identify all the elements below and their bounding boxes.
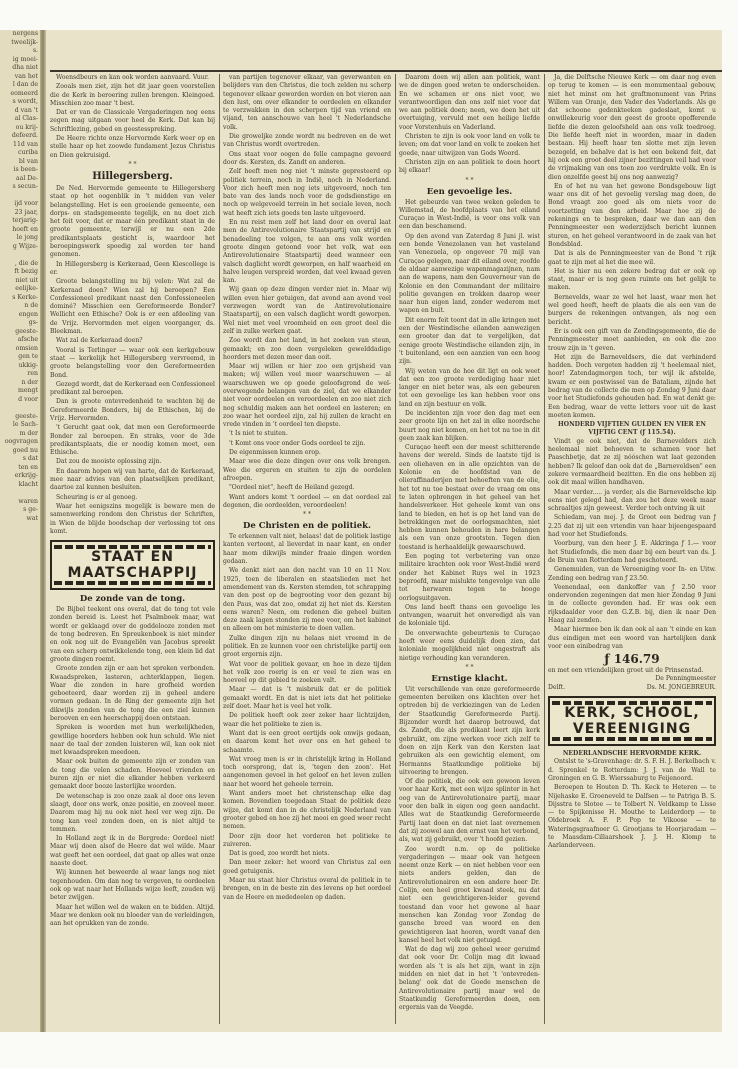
paragraph: Wat voor de politiek gevaar, en hoe in d… bbox=[223, 661, 391, 686]
left-strip-line: goed nu bbox=[0, 447, 40, 456]
paragraph: De politiek heeft ook zeer zeker haar li… bbox=[223, 712, 391, 729]
section-separator: * * bbox=[399, 664, 540, 671]
left-strip-line: ten en bbox=[0, 464, 40, 473]
paragraph: Zulke dingen zijn nu helaas niet vreemd … bbox=[223, 635, 391, 660]
left-strip-line bbox=[0, 676, 40, 685]
banner-text: STAAT EN bbox=[54, 549, 211, 565]
article-body-hillegersberg: De Ned. Hervormde gemeente te Hillegersb… bbox=[50, 185, 215, 536]
article-title-hillegersberg: Hillegersberg. bbox=[50, 171, 215, 183]
left-strip-line: gs- bbox=[0, 319, 40, 328]
header-rule bbox=[50, 70, 722, 72]
paragraph: Groote zonden zijn er aan het spreken ve… bbox=[50, 665, 215, 723]
paragraph: Het gebeurde van twee weken geleden te W… bbox=[399, 199, 540, 232]
left-strip-line: 23 jaar, bbox=[0, 209, 40, 218]
left-strip-line: ig moei- bbox=[0, 56, 40, 65]
section-separator: * * bbox=[399, 177, 540, 184]
left-strip-line bbox=[0, 719, 40, 728]
left-strip-line: s secun- bbox=[0, 183, 40, 192]
paragraph: In Holland zegt ik in de Bergrede: Oorde… bbox=[50, 835, 215, 868]
paragraph: Maar — dat is 't misbruik dat er de poli… bbox=[223, 686, 391, 711]
banner-text: MAATSCHAPPIJ bbox=[54, 565, 211, 581]
total-amount: ƒ 146.79 bbox=[548, 652, 716, 667]
paragraph: En nu reist men zelf het land door en ov… bbox=[223, 219, 391, 285]
signature-name: Ds. M. JONGEBREUR. bbox=[647, 684, 716, 692]
paragraph: Wat zal de Kerkeraad doen? bbox=[50, 337, 215, 345]
paragraph: Maar verder..... ja verder, als die Barn… bbox=[548, 489, 716, 514]
paragraph: Zoo wordt n.m. op de politieke vergaderi… bbox=[399, 846, 540, 946]
paragraph: Scheuring is er al genoeg. bbox=[50, 494, 215, 502]
column-rule bbox=[219, 74, 220, 1024]
left-strip-line bbox=[0, 651, 40, 660]
paragraph: Op den avond van Zaterdag 8 Juni jl. wis… bbox=[399, 233, 540, 316]
paragraph: In Hillegersberg is Kerkeraad, Geen Kies… bbox=[50, 261, 215, 278]
left-strip-line: n de bbox=[0, 302, 40, 311]
left-strip-line bbox=[0, 192, 40, 201]
left-strip-line bbox=[0, 557, 40, 566]
paragraph: Maar wij willen er hier zoo een grijshei… bbox=[223, 363, 391, 429]
left-strip-line: gen te bbox=[0, 353, 40, 362]
paragraph: De eigenmissen kunnen erop. bbox=[223, 449, 391, 457]
paragraph: Maar ook buiten de gemeente zijn er zond… bbox=[50, 758, 215, 791]
left-strip-line: 11d van bbox=[0, 141, 40, 150]
amount-heading: HONDERD VIJFTIEN GULDEN EN VIER EN VIJFT… bbox=[548, 421, 716, 438]
left-strip-line bbox=[0, 693, 40, 702]
left-strip-line bbox=[0, 702, 40, 711]
left-strip-line bbox=[0, 710, 40, 719]
paragraph: De Ned. Hervormde gemeente te Hillegersb… bbox=[50, 185, 215, 260]
left-strip-line bbox=[0, 625, 40, 634]
signature: Delft. Ds. M. JONGEBREUR. bbox=[548, 684, 716, 692]
paragraph: Want dat is een groot eertijds ook onwij… bbox=[223, 730, 391, 755]
column-5: Ja, die Delftsche Nieuwe Kerk — om daar … bbox=[548, 74, 716, 1024]
left-page-strip: nergenstweelijk-s.ig moei-dha nietvan he… bbox=[0, 30, 40, 1032]
paragraph: Een poging tot verbetering van onze mili… bbox=[399, 553, 540, 603]
article-body-continued: van partijen tegenover elkaar, van gever… bbox=[223, 74, 391, 510]
left-strip-line: s. bbox=[0, 47, 40, 56]
left-strip-line bbox=[0, 659, 40, 668]
paragraph: "Oordeel niet", heeft de Heiland gezegd. bbox=[223, 484, 391, 492]
article-title-ernstige-klacht: Ernstige klacht. bbox=[399, 674, 540, 684]
left-strip-line: ijd voor bbox=[0, 200, 40, 209]
left-strip-line bbox=[0, 489, 40, 498]
intro-text: Woensdbeurs en kan ook worden aanvaard. … bbox=[50, 74, 215, 160]
left-strip-line: le jong bbox=[0, 234, 40, 243]
left-strip-line: s ge- bbox=[0, 506, 40, 515]
left-strip-line: is been- bbox=[0, 166, 40, 175]
left-strip-line: l dan de bbox=[0, 81, 40, 90]
paragraph: Dat er van de Classicale Vergaderingen n… bbox=[50, 109, 215, 134]
paragraph: Want anders moet het christenschap elke … bbox=[223, 790, 391, 831]
paragraph: Vooral is Terlinger — waar ook een kerkg… bbox=[50, 347, 215, 380]
left-strip-line: wat bbox=[0, 515, 40, 524]
paragraph: Daarom doen wij allen aan politiek, want… bbox=[399, 74, 540, 132]
column-rule bbox=[544, 74, 545, 1024]
article-body-ernstige-klacht: Uit verschillende van onze gereformeerde… bbox=[399, 686, 540, 1013]
left-strip-line: terjarig- bbox=[0, 217, 40, 226]
paragraph: Dan meer zeker: het woord van Christus z… bbox=[223, 859, 391, 876]
paragraph: Maar wee die deze dingen over ons volk b… bbox=[223, 458, 391, 483]
paragraph: Ons staat voor oogen de felle campagne g… bbox=[223, 151, 391, 168]
paragraph: Wij kunnen het beweerde al waar langs no… bbox=[50, 869, 215, 902]
paragraph: Zoo wordt dan het land, in het zoeken va… bbox=[223, 337, 391, 362]
left-strip-line bbox=[0, 685, 40, 694]
paragraph: Wat vroeg men is er in christelijk kring… bbox=[223, 756, 391, 789]
banner-text: VEREENIGING bbox=[552, 721, 712, 737]
page-spine bbox=[40, 30, 46, 1032]
column-2: van partijen tegenover elkaar, van gever… bbox=[223, 74, 391, 1024]
left-strip-line: eelijke- bbox=[0, 285, 40, 294]
paragraph: Er is ook een gift van de Zendingsgemeen… bbox=[548, 328, 716, 353]
paragraph: De wetenschap is zoo onze zaak al door o… bbox=[50, 793, 215, 834]
left-strip-line: defeerd. bbox=[0, 132, 40, 141]
article-body-christen: Te erkennen valt niet, helaas! dat de po… bbox=[223, 533, 391, 902]
left-strip-line: le Sach- bbox=[0, 421, 40, 430]
section-banner-kerk-school-vereeniging: KERK, SCHOOL, VEREENIGING bbox=[548, 696, 716, 746]
left-strip-line: , die de bbox=[0, 260, 40, 269]
paragraph: Dat is goed, zoo wordt het niets. bbox=[223, 850, 391, 858]
left-strip-line: aal De- bbox=[0, 175, 40, 184]
paragraph: Ons land heeft thans een gevoelige les o… bbox=[399, 604, 540, 629]
paragraph: Spreken is woorden met hun werkelijkhede… bbox=[50, 724, 215, 757]
article-title-zonde: De zonde van de tong. bbox=[50, 594, 215, 604]
left-strip-line: geeste- bbox=[0, 328, 40, 337]
signature-title: De Penningmeester bbox=[548, 675, 716, 683]
paragraph: En daarom hopen wij van harte, dat de Ke… bbox=[50, 468, 215, 493]
left-strip-line bbox=[0, 608, 40, 617]
left-strip-line: m der bbox=[0, 430, 40, 439]
left-strip-line: d van 't bbox=[0, 107, 40, 116]
left-strip-line: omsien bbox=[0, 345, 40, 354]
banner-text: KERK, SCHOOL, bbox=[552, 705, 712, 721]
left-strip-line bbox=[0, 642, 40, 651]
column-rule bbox=[395, 74, 396, 1024]
left-strip-line bbox=[0, 727, 40, 736]
paragraph: De incidenten zijn voor den dag met een … bbox=[399, 410, 540, 443]
paragraph: Schiedam, van mej. J. de Groot een bedra… bbox=[548, 514, 716, 539]
left-strip-line bbox=[0, 591, 40, 600]
paragraph: Uit verschillende van onze gereformeerde… bbox=[399, 686, 540, 777]
left-strip-line: ou krij- bbox=[0, 124, 40, 133]
paragraph: Groote belangstelling nu bij velen: Wat … bbox=[50, 278, 215, 336]
paragraph: van partijen tegenover elkaar, van gever… bbox=[223, 74, 391, 132]
article-title-christen: De Christen en de politiek. bbox=[223, 521, 391, 531]
section-separator: * * bbox=[50, 161, 215, 168]
left-strip-line: g Wijze- bbox=[0, 243, 40, 252]
paragraph: Curaçao heeft een der meest schitterende… bbox=[399, 444, 540, 552]
paragraph: Voorburg, van den heer J. E. Akkringa ƒ … bbox=[548, 540, 716, 565]
left-strip-line: niet uit bbox=[0, 277, 40, 286]
paragraph: Dit enorm feit toont dat in alle kringen… bbox=[399, 317, 540, 367]
paragraph: Gezegd wordt, dat de Kerkeraad een Confe… bbox=[50, 381, 215, 398]
paragraph: Zelf heeft men nog niet 't minste gepres… bbox=[223, 168, 391, 218]
kerk-heading: NEDERLANDSCHE HERVORMDE KERK. bbox=[548, 750, 716, 758]
left-strip-line: ren bbox=[0, 370, 40, 379]
left-strip-line bbox=[0, 583, 40, 592]
left-strip-line bbox=[0, 736, 40, 745]
greeting: en met een vriendelijken groet uit de Pr… bbox=[548, 667, 716, 675]
paragraph: Ja, die Delftsche Nieuwe Kerk — om daar … bbox=[548, 74, 716, 182]
paragraph: Genemuiden, van de Vereeniging voor In- … bbox=[548, 566, 716, 583]
paragraph: Of die politiek, die ook een gewoon leve… bbox=[399, 778, 540, 844]
signature-place: Delft. bbox=[548, 684, 565, 692]
page-background-bottom bbox=[0, 1032, 738, 1068]
kerk-announcements: Ontslst te 's-Gravenhage: dr. S. F. H. J… bbox=[548, 758, 716, 850]
left-strip-line bbox=[0, 540, 40, 549]
left-strip-line bbox=[0, 251, 40, 260]
article-body-continued: Ja, die Delftsche Nieuwe Kerk — om daar … bbox=[548, 74, 716, 420]
paragraph: De Bijbel teekent ons overal, dat de ton… bbox=[50, 606, 215, 664]
left-strip-line: oogvragen bbox=[0, 438, 40, 447]
paragraph: Bernevelds, waar ze wel het laast, waar … bbox=[548, 294, 716, 327]
left-strip-line: waren bbox=[0, 498, 40, 507]
left-strip-line: s wordt, bbox=[0, 98, 40, 107]
paragraph: Door zijn door het vorderen het politiek… bbox=[223, 833, 391, 850]
paragraph: Christen te zijn is ook voor land en vol… bbox=[399, 133, 540, 158]
donations-list: Vindt ge ook niet, dat de Barnevelders z… bbox=[548, 438, 716, 651]
paragraph: Zooals men ziet, zijn het dit jaar geen … bbox=[50, 83, 215, 108]
column-3: Daarom doen wij allen aan politiek, want… bbox=[399, 74, 540, 1024]
paragraph: Wij weten van de hoe dit ligt en ook wee… bbox=[399, 368, 540, 409]
left-strip-line: van het bbox=[0, 73, 40, 82]
article-body-gevoelige-les: Het gebeurde van twee weken geleden te W… bbox=[399, 199, 540, 663]
paragraph: Beroepen te Houten D. Th. Keck te Hetere… bbox=[548, 784, 716, 850]
left-strip-line bbox=[0, 523, 40, 532]
left-strip-line: engen bbox=[0, 311, 40, 320]
paragraph: 't Gerucht gaat ook, dat men een Gerefor… bbox=[50, 424, 215, 457]
paragraph: Die groweljke zonde wordt nu bedreven en… bbox=[223, 133, 391, 150]
left-strip-line: bl van bbox=[0, 158, 40, 167]
paragraph: Dan is groote ontevredenheid te wachten … bbox=[50, 398, 215, 423]
paragraph: Waar het eenigszins mogelijk is beware m… bbox=[50, 503, 215, 536]
paragraph: Het zijn de Barneveldsers, die dat verhi… bbox=[548, 354, 716, 420]
paragraph: Maar hiermee ben ik dan ook al aan 't ei… bbox=[548, 626, 716, 651]
left-strip-line: nergens bbox=[0, 30, 40, 39]
section-banner-staat-en-maatschappij: STAAT EN MAATSCHAPPIJ bbox=[50, 540, 215, 590]
article-body-zonde: De Bijbel teekent ons overal, dat de ton… bbox=[50, 606, 215, 928]
article-body-continued: Daarom doen wij allen aan politiek, want… bbox=[399, 74, 540, 176]
paragraph: De onverwachte gebeurtenis te Curaçao he… bbox=[399, 630, 540, 663]
left-strip-line bbox=[0, 549, 40, 558]
left-strip-line: erkrijg- bbox=[0, 472, 40, 481]
paragraph: 't Komt ons voor onder Gods oordeel te z… bbox=[223, 440, 391, 448]
left-strip-line bbox=[0, 600, 40, 609]
paragraph: Te erkennen valt niet, helaas! dat de po… bbox=[223, 533, 391, 566]
paragraph: Dat zou de mooiste oplossing zijn. bbox=[50, 458, 215, 466]
left-strip-line bbox=[0, 404, 40, 413]
left-strip-line: n der bbox=[0, 379, 40, 388]
paragraph: Wij gaan op deze dingen verder niet in. … bbox=[223, 286, 391, 336]
left-strip-line: eomeerd bbox=[0, 90, 40, 99]
paragraph: De Heere richte onze Hervormde Kerk weer… bbox=[50, 135, 215, 160]
left-strip-line: afsche bbox=[0, 336, 40, 345]
left-strip-line: s dat bbox=[0, 455, 40, 464]
left-strip-line bbox=[0, 668, 40, 677]
paragraph: Wat de dag wij zoo geheel weer geruimd d… bbox=[399, 946, 540, 1012]
paragraph: Ontslst te 's-Gravenhage: dr. S. F. H. J… bbox=[548, 758, 716, 783]
left-strip-line bbox=[0, 617, 40, 626]
column-1: Woensdbeurs en kan ook worden aanvaard. … bbox=[50, 74, 215, 1024]
left-strip-line bbox=[0, 574, 40, 583]
left-strip-line: geeste- bbox=[0, 413, 40, 422]
left-strip-line: ukkig- bbox=[0, 362, 40, 371]
article-title-gevoelige-les: Een gevoelige les. bbox=[399, 187, 540, 197]
paragraph: En of het nu van het gewone Bondsgebouw … bbox=[548, 183, 716, 249]
left-strip-line: klacht bbox=[0, 481, 40, 490]
section-separator: * * bbox=[223, 511, 391, 518]
paragraph: Christen zijn en aan politiek te doen ho… bbox=[399, 159, 540, 176]
left-strip-line: ft bezig bbox=[0, 268, 40, 277]
left-strip-line: dha niet bbox=[0, 64, 40, 73]
left-strip-line: curiba bbox=[0, 149, 40, 158]
paragraph: We denkt niet aan den nacht van 10 en 11… bbox=[223, 567, 391, 633]
paragraph: Maar nu staat hier Christus overal de po… bbox=[223, 877, 391, 902]
left-strip-line bbox=[0, 532, 40, 541]
left-strip-line: s Kerke- bbox=[0, 294, 40, 303]
paragraph: Het is hier nu een zekere bedrag dat er … bbox=[548, 268, 716, 293]
paragraph: Maar het willen wel de waken en te bidde… bbox=[50, 904, 215, 929]
paragraph: Veenendaal, een dankoffer van ƒ 2.50 voo… bbox=[548, 584, 716, 625]
paragraph: Dat is als de Penningmeester van de Bond… bbox=[548, 250, 716, 267]
left-strip-line: d voor bbox=[0, 396, 40, 405]
paragraph: Want anders komt 't oordeel — en dat oor… bbox=[223, 494, 391, 511]
left-strip-line bbox=[0, 634, 40, 643]
left-strip-line: al Clas- bbox=[0, 115, 40, 124]
left-strip-line: hoeft en bbox=[0, 226, 40, 235]
left-strip-line: tweelijk- bbox=[0, 39, 40, 48]
left-strip-line bbox=[0, 566, 40, 575]
left-strip-line: mengt bbox=[0, 387, 40, 396]
paragraph: Vindt ge ook niet, dat de Barnevelders z… bbox=[548, 438, 716, 488]
paragraph: 't Is niet te stuiten. bbox=[223, 430, 391, 438]
paragraph: Woensdbeurs en kan ook worden aanvaard. … bbox=[50, 74, 215, 82]
